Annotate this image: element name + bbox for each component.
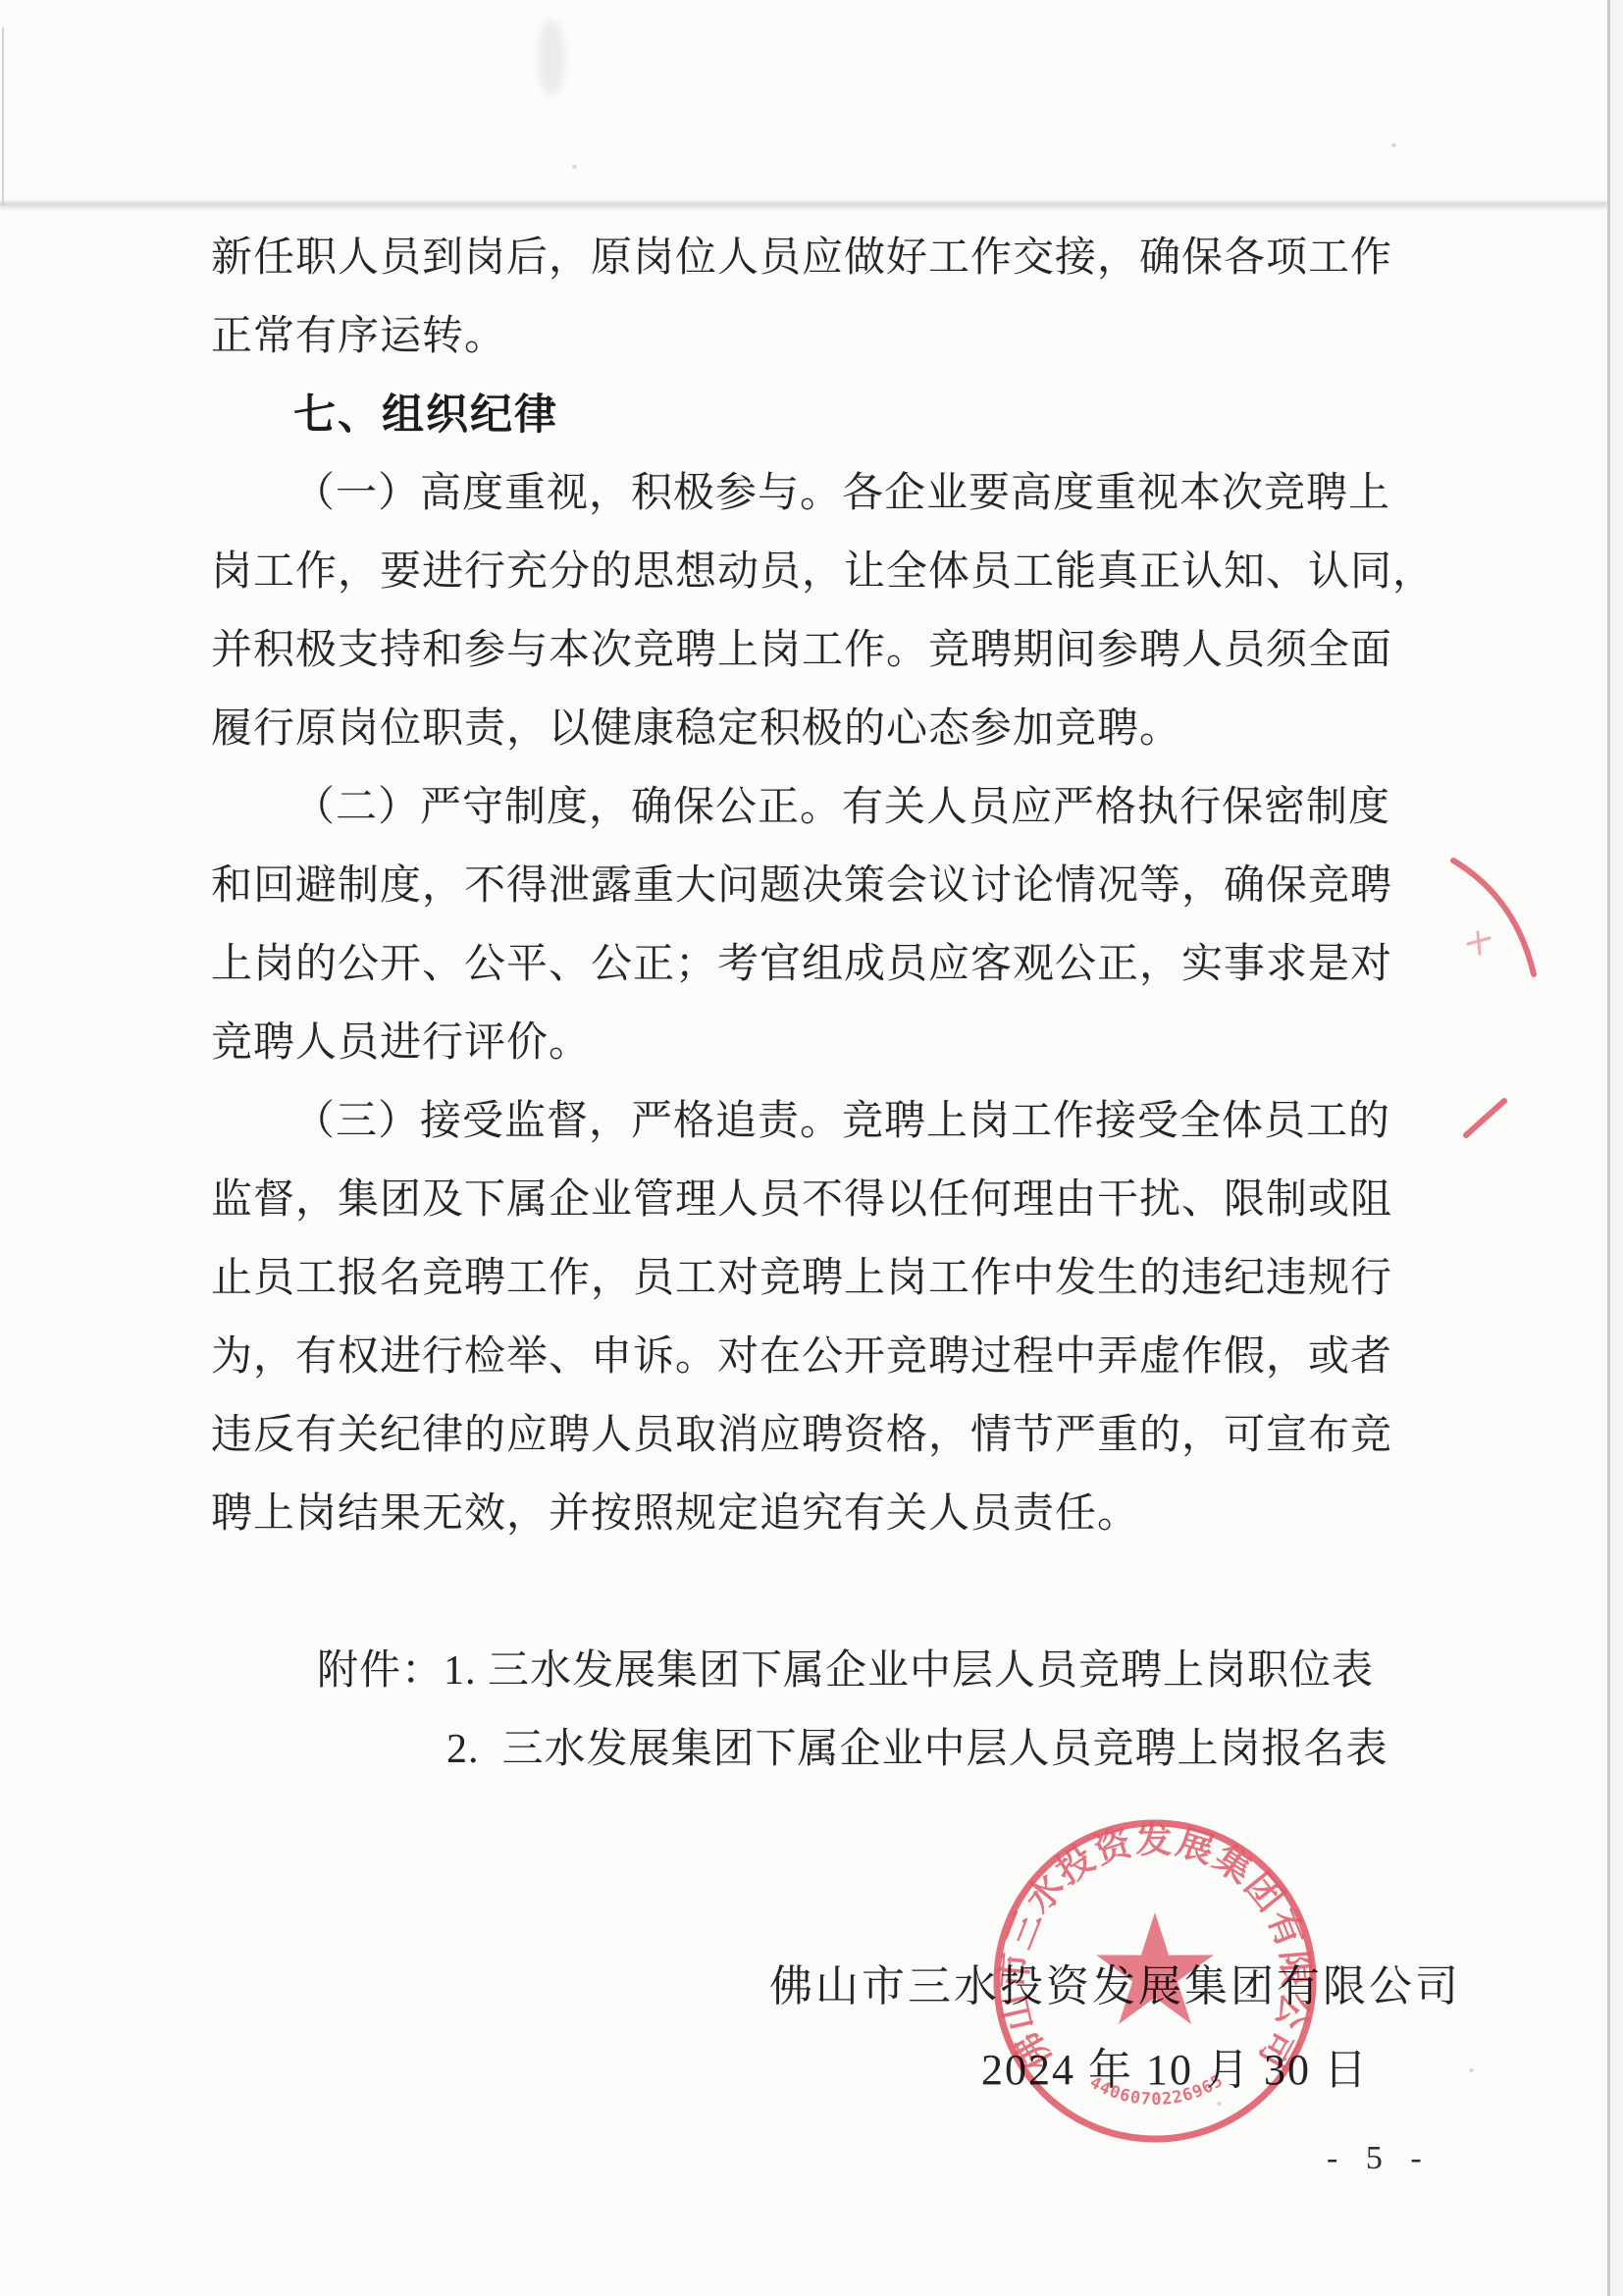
text-line: 监督，集团及下属企业管理人员不得以任何理由干扰、限制或阻 bbox=[211, 1161, 1457, 1239]
section-heading: 七、组织纪律 bbox=[211, 376, 1457, 454]
scan-seam-line bbox=[0, 200, 1623, 211]
text-line: 和回避制度，不得泄露重大问题决策会议讨论情况等，确保竞聘 bbox=[211, 847, 1457, 925]
text-line: 为，有权进行检举、申诉。对在公开竞聘过程中弄虚作假，或者 bbox=[211, 1318, 1457, 1396]
paragraph-first-line: （一）高度重视，积极参与。各企业要高度重视本次竞聘上 bbox=[211, 454, 1457, 533]
document-body: 新任职人员到岗后，原岗位人员应做好工作交接，确保各项工作 正常有序运转。 七、组… bbox=[211, 219, 1457, 1553]
scan-speck bbox=[1391, 143, 1396, 147]
partial-seal-arc bbox=[1453, 861, 1534, 974]
paragraph-first-line: （三）接受监督，严格追责。竞聘上岗工作接受全体员工的 bbox=[211, 1082, 1457, 1161]
scan-speck bbox=[572, 165, 577, 169]
scan-left-edge-line bbox=[2, 27, 4, 206]
text-line: 正常有序运转。 bbox=[211, 297, 1457, 376]
text-line: 违反有关纪律的应聘人员取消应聘资格，情节严重的，可宣布竞 bbox=[211, 1396, 1457, 1475]
text-line: 履行原岗位职责，以健康稳定积极的心态参加竞聘。 bbox=[211, 690, 1457, 768]
seal-serial-number: 4406070226965 bbox=[1086, 2071, 1228, 2111]
text-line: 竞聘人员进行评价。 bbox=[211, 1004, 1457, 1082]
text-line: 止员工报名竞聘工作，员工对竞聘上岗工作中发生的违纪违规行 bbox=[211, 1239, 1457, 1318]
official-seal: 佛山市三水投资发展集团有限公司 4406070226965 bbox=[989, 1815, 1321, 2147]
scan-top-margin bbox=[0, 0, 1623, 202]
scan-speck bbox=[1469, 2068, 1474, 2072]
text-line: 岗工作，要进行充分的思想动员，让全体员工能真正认知、认同， bbox=[211, 533, 1457, 611]
text-line: 聘上岗结果无效，并按照规定追究有关人员责任。 bbox=[211, 1475, 1457, 1553]
attachment-item: 附件：1. 三水发展集团下属企业中层人员竞聘上岗职位表 bbox=[317, 1632, 1388, 1710]
scan-smudge bbox=[538, 20, 565, 96]
text-line: 并积极支持和参与本次竞聘上岗工作。竞聘期间参聘人员须全面 bbox=[211, 611, 1457, 690]
attachments-list: 附件：1. 三水发展集团下属企业中层人员竞聘上岗职位表 2. 三水发展集团下属企… bbox=[317, 1632, 1388, 1789]
partial-seal-stroke bbox=[1466, 1101, 1504, 1135]
document-page: 新任职人员到岗后，原岗位人员应做好工作交接，确保各项工作 正常有序运转。 七、组… bbox=[0, 0, 1623, 2296]
attachment-item: 2. 三水发展集团下属企业中层人员竞聘上岗报名表 bbox=[317, 1710, 1388, 1789]
page-number: - 5 - bbox=[1327, 2137, 1432, 2180]
text-line: 新任职人员到岗后，原岗位人员应做好工作交接，确保各项工作 bbox=[211, 219, 1457, 297]
scan-right-edge-line bbox=[1607, 0, 1610, 2296]
partial-seal-character bbox=[1468, 932, 1490, 954]
partial-seal-marks bbox=[1413, 834, 1580, 1158]
paragraph-first-line: （二）严守制度，确保公正。有关人员应严格执行保密制度 bbox=[211, 768, 1457, 847]
scan-right-margin bbox=[1610, 0, 1623, 2296]
text-line: 上岗的公开、公平、公正；考官组成员应客观公正，实事求是对 bbox=[211, 925, 1457, 1004]
seal-star-icon bbox=[1096, 1912, 1214, 2024]
